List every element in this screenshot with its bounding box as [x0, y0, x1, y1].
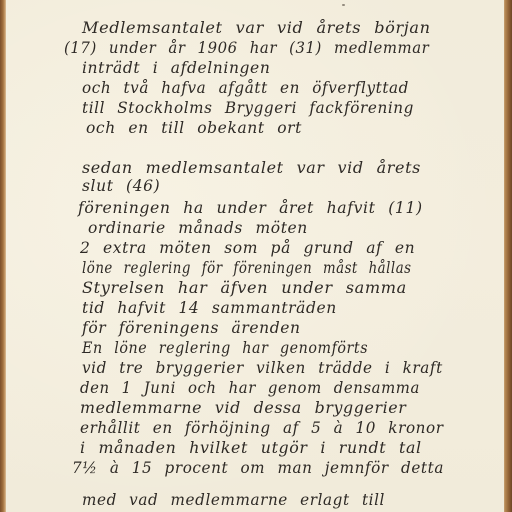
text-line-23: med vad medlemmarne erlagt till	[82, 490, 385, 510]
text-line-12: löne reglering för föreningen måst hålla…	[82, 258, 412, 278]
text-line-11: 2 extra möten som på grund af en	[80, 238, 415, 258]
text-line-8: slut (46)	[82, 176, 160, 196]
manuscript-text: Medlemsantalet var vid årets början (17)…	[0, 0, 512, 512]
text-line-16: En löne reglering har genomförts	[82, 338, 368, 358]
text-line-15: för föreningens ärenden	[82, 318, 301, 338]
text-line-6: och en till obekant ort	[86, 118, 302, 138]
text-line-18: den 1 Juni och har genom densamma	[80, 378, 420, 398]
text-line-2: (17) under år 1906 har (31) medlemmar	[64, 38, 429, 58]
text-line-13: Styrelsen har äfven under samma	[82, 278, 407, 298]
text-line-7: sedan medlemsantalet var vid årets	[82, 158, 421, 178]
text-line-19: medlemmarne vid dessa bryggerier	[80, 398, 406, 418]
text-line-10: ordinarie månads möten	[88, 218, 308, 238]
text-line-5: till Stockholms Bryggeri fackförening	[82, 98, 414, 118]
text-line-21: i månaden hvilket utgör i rundt tal	[80, 438, 422, 458]
text-line-22: 7½ à 15 procent om man jemnför detta	[72, 458, 444, 478]
text-line-1: Medlemsantalet var vid årets början	[82, 18, 431, 38]
text-line-3: inträdt i afdelningen	[82, 58, 270, 78]
text-line-14: tid hafvit 14 sammanträden	[82, 298, 337, 318]
text-line-9: föreningen ha under året hafvit (11)	[78, 198, 423, 218]
text-line-20: erhållit en förhöjning af 5 à 10 kronor	[80, 418, 444, 438]
ink-mark	[342, 4, 345, 6]
text-line-17: vid tre bryggerier vilken trädde i kraft	[82, 358, 443, 378]
text-line-4: och två hafva afgått en öfverflyttad	[82, 78, 409, 98]
